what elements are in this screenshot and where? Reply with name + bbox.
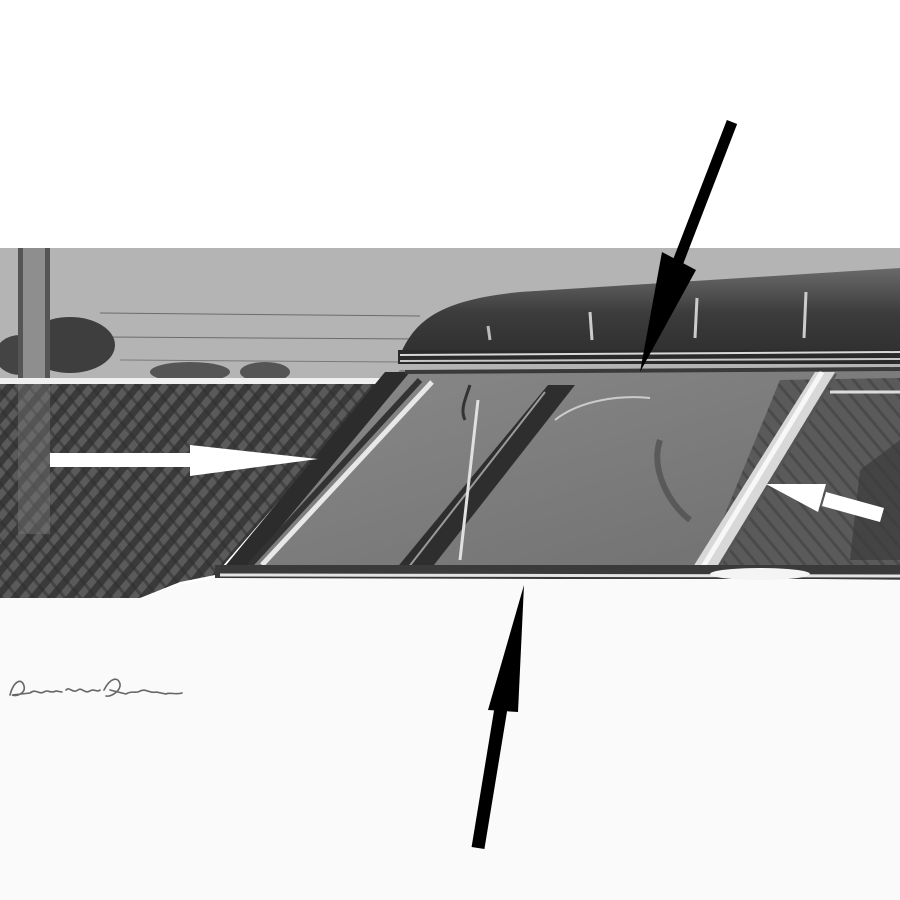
car-body [0, 568, 900, 900]
car-window-photo [0, 0, 900, 900]
